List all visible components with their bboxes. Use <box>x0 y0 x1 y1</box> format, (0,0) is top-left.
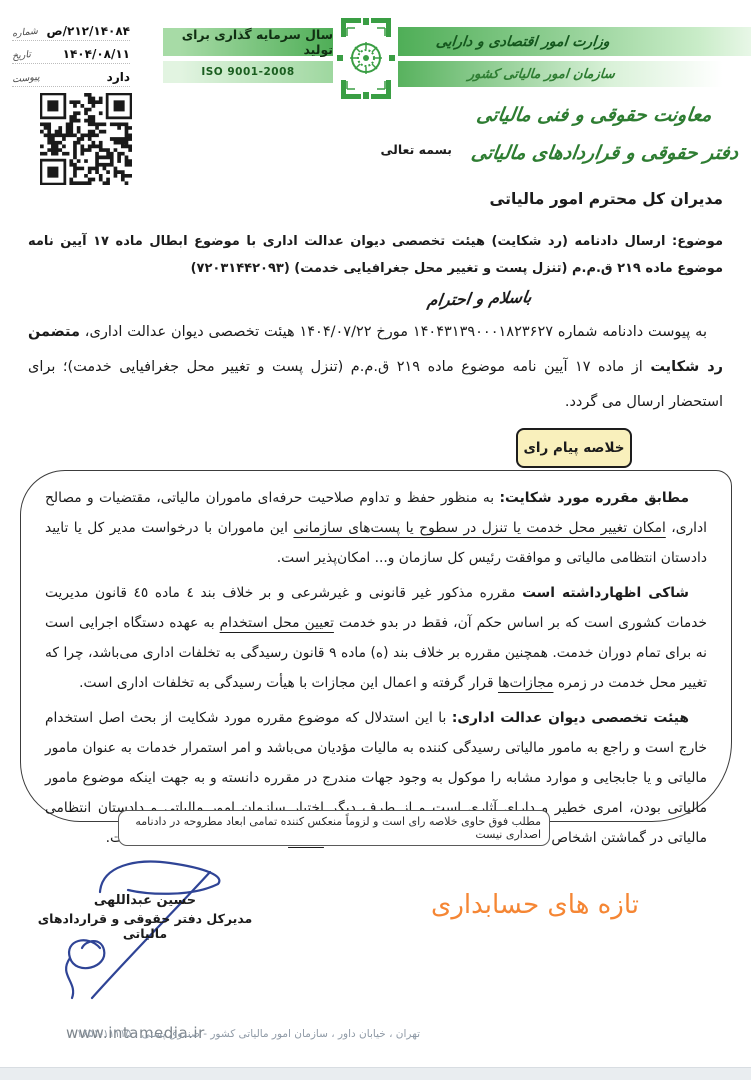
addressee-heading: مدیران کل محترم امور مالیاتی <box>489 190 723 208</box>
summary-label-box: خلاصه پیام رای <box>516 428 632 468</box>
tax-organization-emblem-icon <box>335 16 397 104</box>
official-letter-page: ۲۱۲/۱۴۰۸۴/ص شماره ۱۴۰۴/۰۸/۱۱ تاریخ دارد … <box>0 0 751 1080</box>
letter-attachment-row: دارد پیوست <box>12 70 130 87</box>
iso-text: ISO 9001-2008 <box>201 66 294 78</box>
summary-paragraph-regulation: مطابق مقرره مورد شکایت: به منظور حفظ و ت… <box>45 483 707 573</box>
subject-line: موضوع: ارسال دادنامه (رد شکایت) هیئت تخص… <box>28 228 723 282</box>
qr-code-icon <box>40 93 132 185</box>
summary-box: مطابق مقرره مورد شکایت: به منظور حفظ و ت… <box>20 470 732 822</box>
summary-label-text: خلاصه پیام رای <box>524 440 625 456</box>
letter-number-row: ۲۱۲/۱۴۰۸۴/ص شماره <box>12 24 130 41</box>
slogan-text: سال سرمایه گذاری برای تولید <box>163 27 333 57</box>
letter-number-label: شماره <box>11 26 38 40</box>
signature-block: حسین عبداللهی مدیرکل دفتر حقوقی و قراردا… <box>30 893 260 941</box>
slogan-banner: سال سرمایه گذاری برای تولید <box>163 28 333 56</box>
letter-attachment-value: دارد <box>107 70 130 84</box>
ministry-text: وزارت امور اقتصادی و دارایی <box>397 34 610 50</box>
summary-paragraph-complainant: شاکی اظهارداشته است مقرره مذکور غیر قانو… <box>45 578 707 698</box>
deputy-line: معاونت حقوقی و فنی مالیاتی <box>474 96 746 134</box>
signer-name: حسین عبداللهی <box>30 893 260 908</box>
letter-attachment-label: پیوست <box>12 72 41 86</box>
office-line: دفتر حقوقی و قراردادهای مالیاتی <box>469 134 741 172</box>
ministry-banner: وزارت امور اقتصادی و دارایی <box>398 27 751 56</box>
letter-date-value: ۱۴۰۴/۰۸/۱۱ <box>63 47 130 61</box>
signature-flourish-icon <box>38 930 138 1005</box>
disclaimer-text: مطلب فوق حاوی خلاصه رای است و لزوماً منع… <box>127 815 541 841</box>
letter-date-label: تاریخ <box>11 49 31 62</box>
bottom-bar <box>0 1067 751 1080</box>
signer-title: مدیرکل دفتر حقوقی و قراردادهای مالیاتی <box>30 911 260 941</box>
disclaimer-note: مطلب فوق حاوی خلاصه رای است و لزوماً منع… <box>118 810 550 846</box>
letter-meta: ۲۱۲/۱۴۰۸۴/ص شماره ۱۴۰۴/۰۸/۱۱ تاریخ دارد … <box>12 24 130 93</box>
organization-text: سازمان امور مالیاتی کشور <box>397 67 615 82</box>
letter-date-row: ۱۴۰۴/۰۸/۱۱ تاریخ <box>12 47 130 64</box>
body-paragraph: به پیوست دادنامه شماره ۱۴۰۴۳۱۳۹۰۰۰۱۸۲۳۶۲… <box>28 315 723 420</box>
iso-banner: ISO 9001-2008 <box>163 61 333 83</box>
salutation-handwriting: باسلام و احترام <box>426 287 533 310</box>
organization-banner: سازمان امور مالیاتی کشور <box>398 61 751 87</box>
footer-address: تهران ، خیابان داور ، سازمان امور مالیات… <box>178 1028 420 1040</box>
department-calligraphy: معاونت حقوقی و فنی مالیاتی دفتر حقوقی و … <box>469 96 746 172</box>
basmala: بسمه تعالی <box>392 142 452 157</box>
watermark-text: تازه های حسابداری <box>400 890 670 920</box>
letter-number-value: ۲۱۲/۱۴۰۸۴/ص <box>46 24 130 38</box>
